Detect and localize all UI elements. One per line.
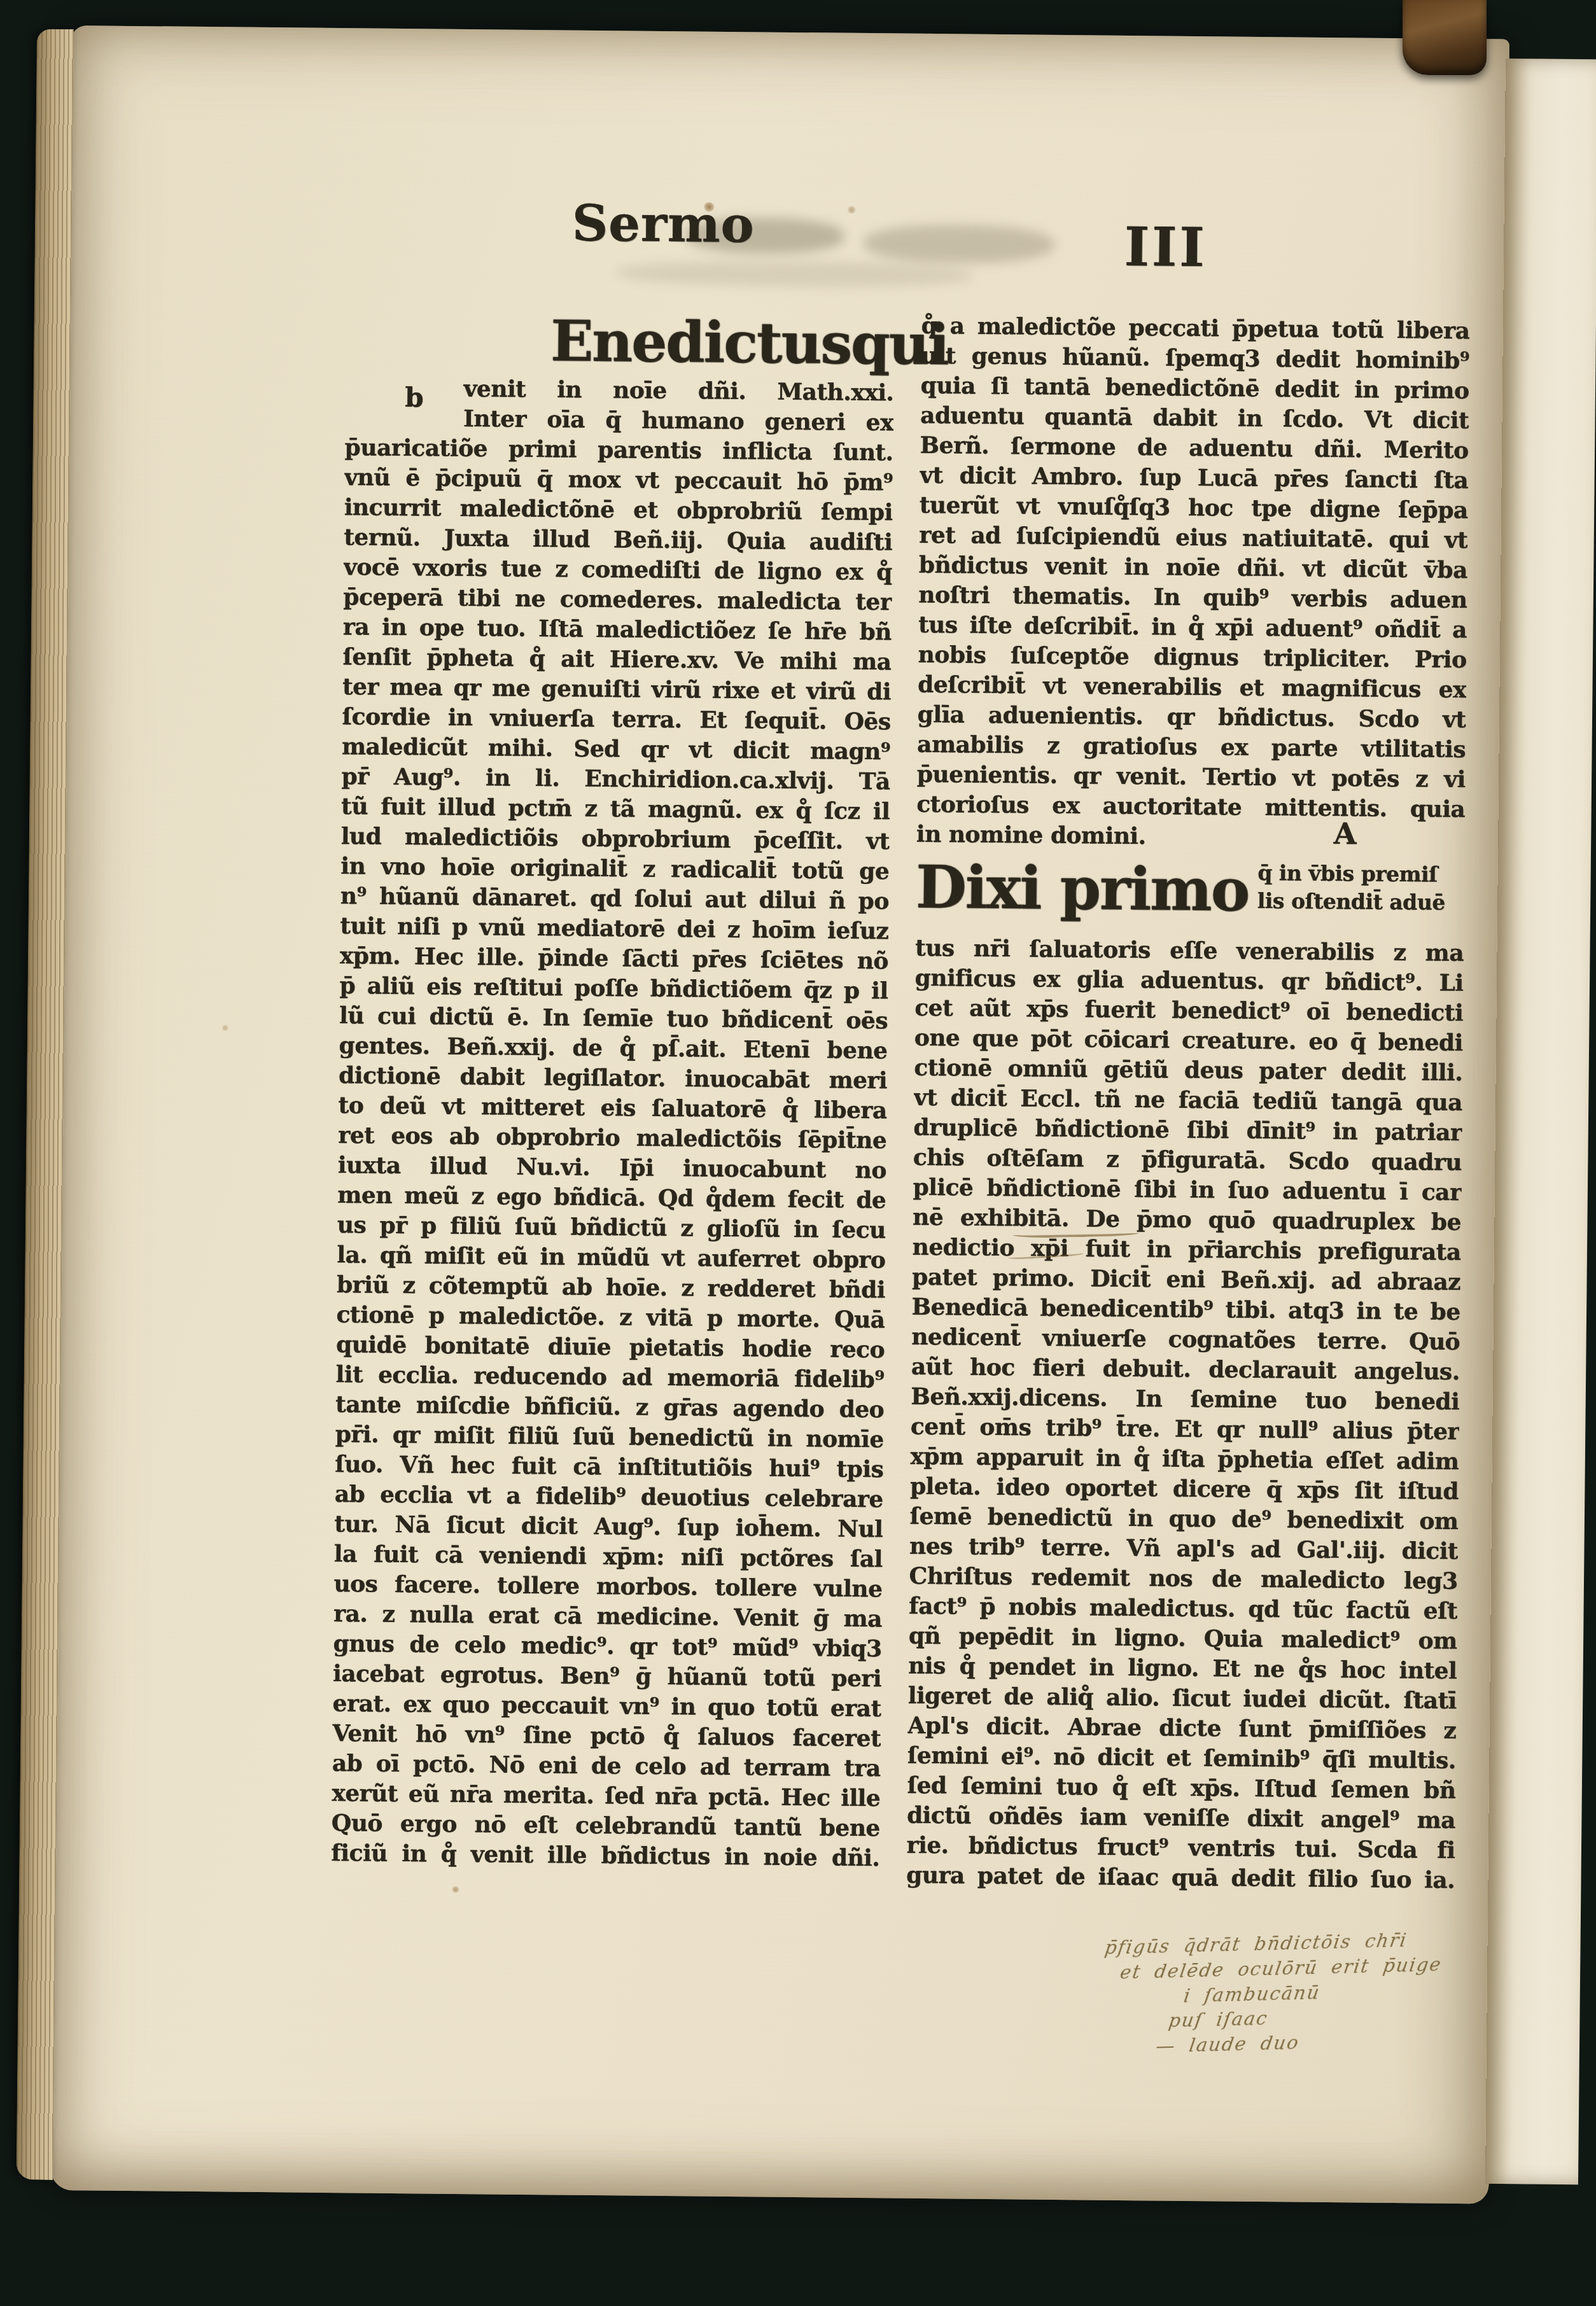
right-column-body: tus nr̄i ſaluatoris eſſe venerabilis z m…	[906, 933, 1464, 1896]
column-heading: Enedictusqui	[346, 308, 895, 378]
text-line: us pr̄ p filiũ ſuũ bñdictũ z glioſũ in ſ…	[337, 1210, 886, 1245]
text-line: xp̄m apparuit in q̊ iſta p̄phetia eſſet …	[910, 1442, 1459, 1477]
show-through-ghost	[616, 260, 972, 288]
text-line: plicē bñdictionē ſibi in ſuo aduentu ī c…	[913, 1173, 1461, 1208]
text-line: nobis ſuſceptõe dignus tripliciter. Prio	[918, 640, 1466, 675]
right-column: q̊ a maledictõe peccati p̄petua totũ lib…	[906, 311, 1470, 1896]
text-line: gentes. Beñ.xxij. de q̊ pſ̄.ait. Etenī b…	[339, 1031, 887, 1066]
text-line: xp̄m. Hec ille. p̄inde ſācti pr̄es ſciēt…	[340, 941, 888, 976]
text-line: aũt hoc fieri debuit. declarauit angelus…	[911, 1352, 1460, 1387]
text-line: p̄ aliũ eis reſtitui poſſe bñdictiõem q̄…	[339, 971, 888, 1006]
text-line: vt dicit̄ Eccl. tñ ne faciā tediũ tangā …	[914, 1083, 1462, 1118]
text-line: ſemini ei⁹. nō dicit et ſeminib⁹ q̄ſi mu…	[907, 1741, 1456, 1776]
text-line: tuit niſi p vnũ mediatorē dei z hoīm ieſ…	[340, 911, 888, 946]
text-line: pleta. ideo oportet dicere q̄ xp̄s ſit i…	[910, 1472, 1459, 1507]
text-line: ter mea qr me genuiſti virũ rixe et virũ…	[342, 672, 891, 707]
text-line: nes trib⁹ terre. Vñ apl's ad Gal'.iij. d…	[909, 1532, 1458, 1567]
text-line: quia ſi tantā benedictõnē dedit in primo	[920, 371, 1469, 406]
text-line: gura patet de iſaac quā dedit filio ſuo …	[906, 1861, 1455, 1896]
text-line: Beñ.xxij.dicens. In ſemine tuo benedi	[911, 1382, 1459, 1417]
text-line: uit genus hũanũ. ſpemq3 dedit hominib⁹	[921, 341, 1469, 376]
text-line: ſemē benedictũ in quo de⁹ benedixit om	[909, 1502, 1458, 1537]
text-line: in vno hoīe originalit̄ z radicalit̄ tot…	[340, 851, 889, 886]
text-line: tur. Nā ſicut dicit Aug⁹. ſup ioh̄em. Nu…	[334, 1509, 883, 1544]
text-line: xerũt eũ nr̄a merita. ſed nr̄a pctā. Hec…	[332, 1778, 880, 1813]
text-line: in nomine domini.	[916, 820, 1465, 855]
text-line: to deũ vt mitteret eis ſaluatorē q̊ libe…	[338, 1091, 886, 1126]
text-line: ternũ. Juxta illud Beñ.iij. Quia audiſti	[344, 522, 892, 557]
text-line: cet aũt xp̄s fuerit benedict⁹ oī benedic…	[914, 993, 1463, 1028]
dixi-heading-sidelines: q̄ in v̄bis premiſlis oſtendit̄ aduē	[1257, 853, 1446, 917]
text-line: nedicent̄ vniuerſe cognatões terre. Quō	[911, 1322, 1460, 1357]
text-line: n⁹ hũanũ dānaret. qd ſolui aut dilui ñ p…	[340, 881, 889, 916]
text-line: ab ecclia vt a fidelib⁹ deuotius celebra…	[335, 1479, 883, 1514]
initial-guide-letter: b	[405, 382, 423, 412]
text-line: bñdictus venit in noīe dñi. vt dicũt v̄b…	[919, 550, 1467, 585]
text-line: vocē vxoris tue z comediſti de ligno ex …	[344, 552, 892, 587]
text-line: incurrit maledictõnē et obprobriũ ſempi	[344, 493, 893, 528]
text-line: vt dicit Ambro. ſup Lucā pr̄es ſancti ſt…	[920, 461, 1468, 496]
text-line: uos facere. tollere morbos. tollere vuln…	[333, 1569, 882, 1604]
text-line: iuxta illud Nu.vi. Ip̄i inuocabunt no	[338, 1150, 886, 1185]
text-line: chis oſtēſam z p̄figuratā. Scdo quadru	[913, 1143, 1462, 1178]
text-line: gnificus ex glia aduentus. qr bñdict⁹. L…	[914, 963, 1463, 998]
text-line: glīa aduenientis. qr bñdictus. Scdo vt	[917, 700, 1466, 735]
text-line: ret eos ab obprobrio maledictõis ſēpit̄n…	[338, 1121, 886, 1156]
book-page: Sermo III Enedictusqui b venit in noīe d…	[50, 25, 1509, 2204]
text-line: one que pōt cōicari creature. eo q̄ bene…	[914, 1023, 1463, 1058]
text-line: lud maledictiõis obprobrium p̄ceſſit. vt	[341, 821, 890, 856]
text-line: tus nr̄i ſaluatoris eſſe venerabilis z m…	[915, 933, 1464, 968]
text-line: ficiũ in q̊ venit ille bñdictus in noie …	[331, 1838, 879, 1873]
text-line: Apl's dicit. Abrae dicte ſunt p̄miſſiões…	[907, 1711, 1456, 1746]
foxing-spot	[452, 1886, 459, 1893]
page-edge-stack	[16, 29, 73, 2179]
binding-fragment	[1403, 0, 1487, 75]
text-line: ctionē omniũ gētiũ deus pater dedit illi…	[914, 1053, 1462, 1088]
text-line: venit in noīe dñi. Math.xxi.	[345, 373, 893, 408]
text-line: p̄ceperā tibi ne comederes. maledicta te…	[343, 582, 892, 617]
text-line: aduentu quantā dabit in ſcdo. Vt dicit	[920, 401, 1469, 436]
text-line: ab oī pctō. Nō eni de celo ad terram tra	[332, 1749, 881, 1784]
text-line: druplicē bñdictionē ſibi dīnit⁹ in patri…	[913, 1113, 1462, 1148]
text-line: nē exhibitā. De p̄mo quō quadruplex be	[913, 1203, 1461, 1238]
signature-mark: A	[1334, 819, 1357, 849]
foxing-spot	[222, 1024, 228, 1031]
text-line: deſcribit̄ vt venerabilis et magnificus …	[918, 670, 1466, 705]
page-number: III	[1124, 215, 1207, 279]
text-line: lit ecclia. reducendo ad memoriā fidelib…	[335, 1360, 884, 1395]
text-line: la fuit cā veniendi xp̄m: niſi pctõres ſ…	[334, 1539, 883, 1574]
text-line: vnũ ē p̄cipuũ q̄ mox vt peccauit hō p̄m⁹	[344, 463, 893, 498]
text-line: tante miſcdie bñficiũ. z gr̄as agendo de…	[335, 1390, 884, 1425]
show-through-ghost	[863, 224, 1054, 264]
left-column: Enedictusqui b venit in noīe dñi. Math.x…	[331, 308, 894, 1873]
text-line: men meũ z ego bñdicā. Qd q̊dem fecit de	[337, 1180, 886, 1215]
text-line: q̊ a maledictõe peccati p̄petua totũ lib…	[921, 311, 1469, 346]
handwritten-annotation: p̄figūs q̄drāt bn̄dictōis chr̄iet delēde…	[1079, 1927, 1448, 2061]
text-line: q̄ in v̄bis premiſ	[1257, 859, 1445, 889]
column-heading-text: Enedictusqui	[550, 310, 949, 375]
text-line: Chriſtus redemit nos de maledicto leg3	[909, 1562, 1457, 1597]
text-line: maledicũt mihi. Sed qr vt dicit magn⁹	[342, 732, 890, 767]
text-line: Venit hō vn⁹ ſine pctō q̊ ſaluos faceret	[332, 1719, 881, 1754]
text-line: noſtri thematis. In quib⁹ verbis aduen	[918, 580, 1467, 615]
text-line: Inter oīa q̄ humano generi ex	[345, 403, 893, 438]
text-line: nedictio xp̄i fuit in pr̄iarchis prefigu…	[912, 1233, 1460, 1268]
text-line: nis q̊ pendet in ligno. Et ne q̊s hoc in…	[908, 1651, 1457, 1686]
text-line: p̄uaricatiõe primi parentis inflicta ſun…	[344, 433, 893, 468]
scan-background: Sermo III Enedictusqui b venit in noīe d…	[0, 0, 1596, 2306]
foxing-spot	[703, 202, 715, 212]
text-line: ctorioſus ex auctoritate mittentis. quia	[916, 790, 1465, 825]
indented-lines: venit in noīe dñi. Math.xxi.Inter oīa q̄…	[345, 373, 894, 438]
text-line: p̄uenientis. qr venit. Tertio vt potēs z…	[917, 760, 1466, 795]
text-line: Quō ergo nō eſt celebrandũ tantũ bene	[332, 1808, 880, 1843]
text-line: ret ad ſuſcipiendũ eius natiuitatē. qui …	[919, 521, 1467, 556]
text-line: dictionē dabit legiſlator. inuocabāt mer…	[339, 1061, 887, 1096]
text-line: amabilis z gratioſus ex parte vtilitatis	[917, 730, 1466, 765]
text-line: tũ fuit illud pctm̄ z tã magnũ. ex q̊ ſc…	[341, 792, 890, 827]
text-line: patet primo. Dicit̄ eni Beñ.xij. ad abra…	[912, 1262, 1460, 1297]
text-line: cent̄ om̄s trib⁹ t̄re. Et qr null⁹ alius…	[911, 1412, 1459, 1447]
text-line: la. qñ miſit eũ in mũdũ vt auferret obpr…	[337, 1240, 885, 1275]
text-line: briũ z cõtemptũ ab hoīe. z redderet bñdi	[337, 1270, 885, 1305]
text-line: gnus de celo medic⁹. qr tot⁹ mũd⁹ vbiq3	[333, 1629, 881, 1664]
text-line: pr̄ Aug⁹. in li. Enchiridion.ca.xlvij. T…	[341, 762, 890, 797]
text-line: iacebat egrotus. Ben⁹ ḡ hũanũ totũ peri	[333, 1659, 881, 1694]
page-header-title: Sermo	[572, 195, 755, 255]
text-line: ſuo. Vñ hec fuit cā inſtitutiõis hui⁹ tp…	[335, 1450, 883, 1485]
text-line: Benedicā benedicentib⁹ tibi. atq3 in te …	[912, 1292, 1460, 1327]
text-line: ſcordie in vniuerſa terra. Et ſequit̄. O…	[342, 702, 890, 737]
text-line: dictũ oñdēs iam veniſſe dixit angel⁹ ma	[907, 1801, 1455, 1836]
text-line: lis oſtendit̄ aduē	[1257, 887, 1445, 917]
right-column-top: q̊ a maledictõe peccati p̄petua totũ lib…	[916, 311, 1470, 855]
text-line: ctionē p maledictõe. z vitā p morte. Quā	[336, 1300, 885, 1335]
text-line: ra. z nulla erat cā medicine. Venit ḡ ma	[333, 1599, 882, 1634]
text-line: quidē bonitatē diuīe pietatis hodie reco	[336, 1330, 885, 1365]
text-line: ſenſit p̄pheta q̊ ait Hiere.xv. Ve mihi …	[342, 642, 891, 677]
text-line: ra in ope tuo. Iſtā maledictiõez ſe hr̄e…	[343, 612, 892, 647]
text-line: erat. ex quo peccauit vn⁹ in quo totũ er…	[332, 1689, 881, 1724]
text-line: tus iſte deſcribit̄. in q̊ xp̄i aduent⁹ …	[918, 610, 1467, 645]
text-line: qñ pepēdit in ligno. Quia maledict⁹ om	[909, 1621, 1457, 1656]
text-line: ligeret de aliq̊ alio. ſicut iudei dicũt…	[908, 1681, 1457, 1716]
text-line: pr̄i. qr miſit filiũ ſuũ benedictũ in no…	[335, 1420, 884, 1455]
foxing-spot	[847, 206, 856, 214]
dixi-heading: Dixi primo q̄ in v̄bis premiſlis oſtendi…	[915, 849, 1464, 939]
dixi-heading-text: Dixi primo	[915, 849, 1249, 928]
text-line: Berñ. ſermone de aduentu dñi. Merito	[920, 431, 1468, 466]
left-column-body: p̄uaricatiõe primi parentis inflicta ſun…	[331, 433, 893, 1873]
text-line: fact⁹ p̄ nobis maledictus. qd tũc factũ …	[909, 1591, 1457, 1626]
text-line: tuerũt vt vnuſq̊ſq3 hoc tpe digne ſep̄pa	[920, 491, 1468, 526]
text-line: ſed ſemini tuo q̊ eſt xp̄s. Iſtud ſemen …	[907, 1771, 1455, 1806]
text-line: rie. bñdictus fruct⁹ ventris tui. Scda f…	[906, 1831, 1455, 1866]
text-line: lũ cui dictũ ē. In ſemīe tuo bñdicent̄ o…	[339, 1001, 888, 1036]
